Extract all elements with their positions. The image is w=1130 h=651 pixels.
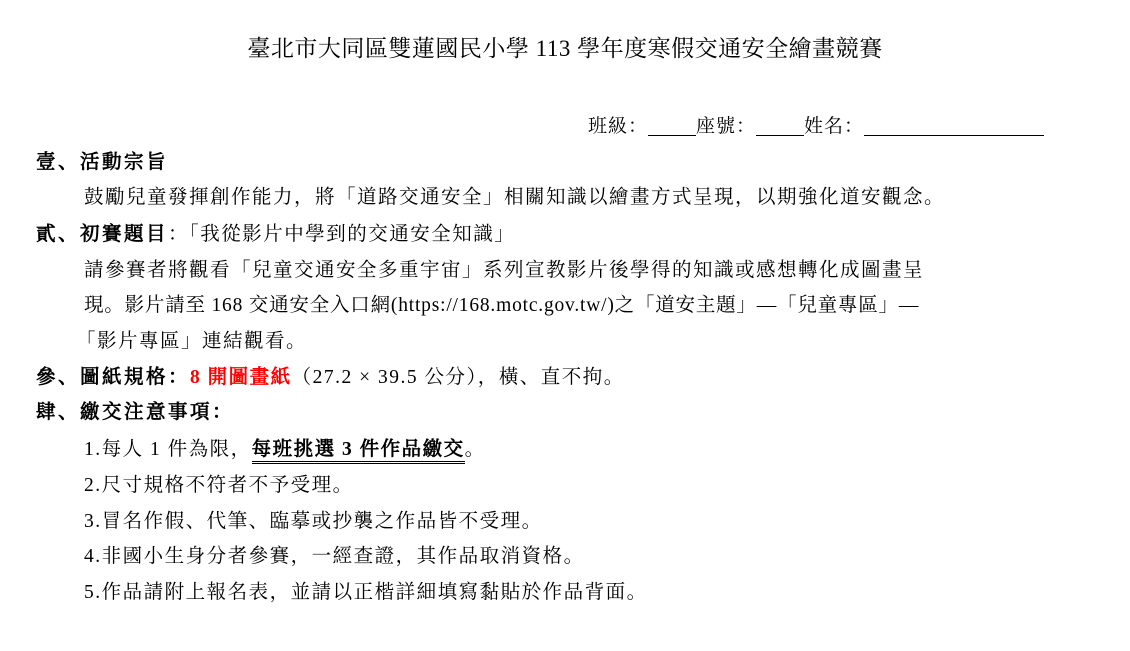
- rule-item-1: 1.每人 1 件為限，每班挑選 3 件作品繳交。: [84, 435, 486, 465]
- rule-item-1-suffix: 。: [465, 439, 486, 460]
- seat-blank[interactable]: [756, 115, 804, 136]
- seat-label: 座號：: [696, 116, 756, 137]
- rule-item-1-emphasis: 每班挑選 3 件作品繳交: [252, 439, 465, 464]
- class-blank[interactable]: [648, 115, 696, 136]
- paper-size-detail: （27.2 × 39.5 公分），橫、直不拘。: [292, 367, 625, 388]
- section-2-body-line-1: 請參賽者將觀看「兒童交通安全多重宇宙」系列宣教影片後學得的知識或感想轉化成圖畫呈: [84, 256, 924, 286]
- section-1-body: 鼓勵兒童發揮創作能力，將「道路交通安全」相關知識以繪畫方式呈現，以期強化道安觀念…: [84, 183, 945, 213]
- section-3-heading: 參、圖紙規格：: [36, 367, 190, 388]
- section-2-body-line-2: 現。影片請至 168 交通安全入口網(https://168.motc.gov.…: [84, 291, 919, 321]
- section-4-heading: 肆、繳交注意事項：: [36, 398, 234, 428]
- section-2-heading: 貳、初賽題目: [36, 224, 168, 245]
- section-2-body-line-3: 「影片專區」連結觀看。: [76, 327, 307, 357]
- section-3-line: 參、圖紙規格：8 開圖畫紙（27.2 × 39.5 公分），橫、直不拘。: [36, 363, 625, 393]
- name-label: 姓名：: [804, 116, 864, 137]
- rule-item-2: 2.尺寸規格不符者不予受理。: [84, 471, 354, 501]
- student-info-fields: 班級：座號：姓名：: [588, 112, 1044, 142]
- section-2-heading-line: 貳、初賽題目：「我從影片中學到的交通安全知識」: [36, 220, 515, 250]
- rule-item-4: 4.非國小生身分者參賽，一經查證，其作品取消資格。: [84, 542, 585, 572]
- rule-item-5: 5.作品請附上報名表，並請以正楷詳細填寫黏貼於作品背面。: [84, 578, 648, 608]
- section-2-topic: ：「我從影片中學到的交通安全知識」: [168, 224, 515, 245]
- document-title: 臺北市大同區雙蓮國民小學 113 學年度寒假交通安全繪畫競賽: [0, 32, 1130, 66]
- class-label: 班級：: [588, 116, 648, 137]
- rule-item-1-prefix: 1.每人 1 件為限，: [84, 439, 252, 460]
- section-1-heading: 壹、活動宗旨: [36, 148, 168, 178]
- rule-item-3: 3.冒名作假、代筆、臨摹或抄襲之作品皆不受理。: [84, 507, 543, 537]
- paper-size-highlight: 8 開圖畫紙: [190, 367, 292, 388]
- name-blank[interactable]: [864, 115, 1044, 136]
